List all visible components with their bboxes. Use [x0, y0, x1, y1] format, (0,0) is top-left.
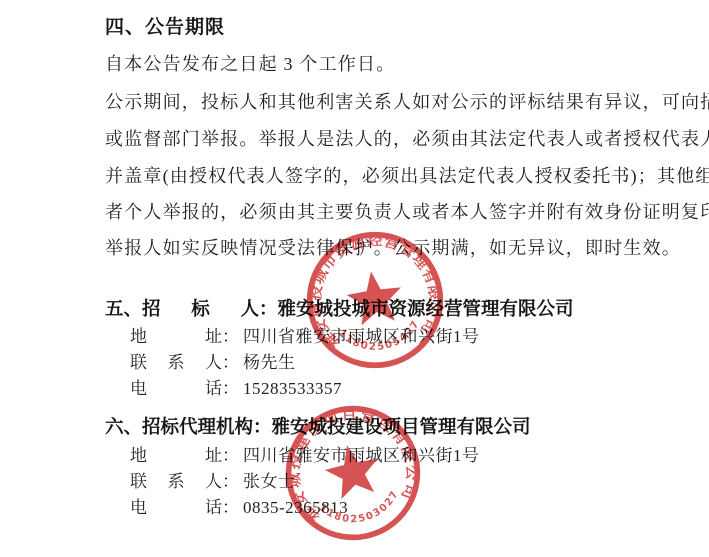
colon: ：	[222, 379, 239, 398]
colon: ：	[253, 418, 272, 438]
document-page: 四、公告期限 自本公告发布之日起 3 个工作日。 公示期间，投标人和其他利害关系…	[0, 0, 709, 557]
section-number: 五、	[105, 300, 142, 320]
section4-paragraph-1: 自本公告发布之日起 3 个工作日。	[105, 50, 395, 76]
official-seal-tenderer: 雅安城投城市资源经营管理有限公司 5118025054276	[303, 228, 447, 372]
contact-label: 联系人	[130, 348, 222, 373]
contact-label: 电话	[130, 374, 222, 399]
section4-heading: 四、公告期限	[105, 12, 225, 39]
body-line: 或监督部门举报。举报人是法人的，必须由其法定代表人或者授权代表人签字	[105, 125, 709, 151]
tenderer-label: 招标人	[142, 295, 259, 321]
body-line: 者个人举报的，必须由其主要负责人或者本人签字并附有效身份证明复印件。	[105, 198, 709, 224]
contact-label: 联系人	[130, 467, 222, 492]
contact-value: 杨先生	[243, 353, 296, 372]
contact-label: 地址	[130, 441, 222, 466]
contact-label: 地址	[130, 322, 222, 347]
contact-value: 15283533357	[243, 379, 342, 398]
colon: ：	[222, 498, 239, 517]
contact-row-person: 联系人：张女士	[130, 467, 296, 492]
official-seal-agency: 雅安城投建设项目管理有限公司 5118025030279	[282, 402, 424, 544]
contact-label: 电话	[130, 493, 222, 518]
star-icon	[321, 440, 385, 501]
body-line: 公示期间，投标人和其他利害关系人如对公示的评标结果有异议，可向招标人	[105, 88, 709, 114]
contact-row-phone: 电话：15283533357	[130, 374, 342, 399]
agency-label: 招标代理机构	[142, 418, 253, 438]
colon: ：	[222, 446, 239, 465]
colon: ：	[259, 300, 278, 320]
colon: ：	[222, 353, 239, 372]
colon: ：	[222, 472, 239, 491]
colon: ：	[222, 327, 239, 346]
star-icon	[344, 268, 405, 327]
body-line: 并盖章(由授权代表人签字的，必须出具法定代表人授权委托书)；其他组织或	[105, 162, 709, 188]
contact-row-person: 联系人：杨先生	[130, 348, 296, 373]
section-number: 六、	[105, 418, 142, 438]
